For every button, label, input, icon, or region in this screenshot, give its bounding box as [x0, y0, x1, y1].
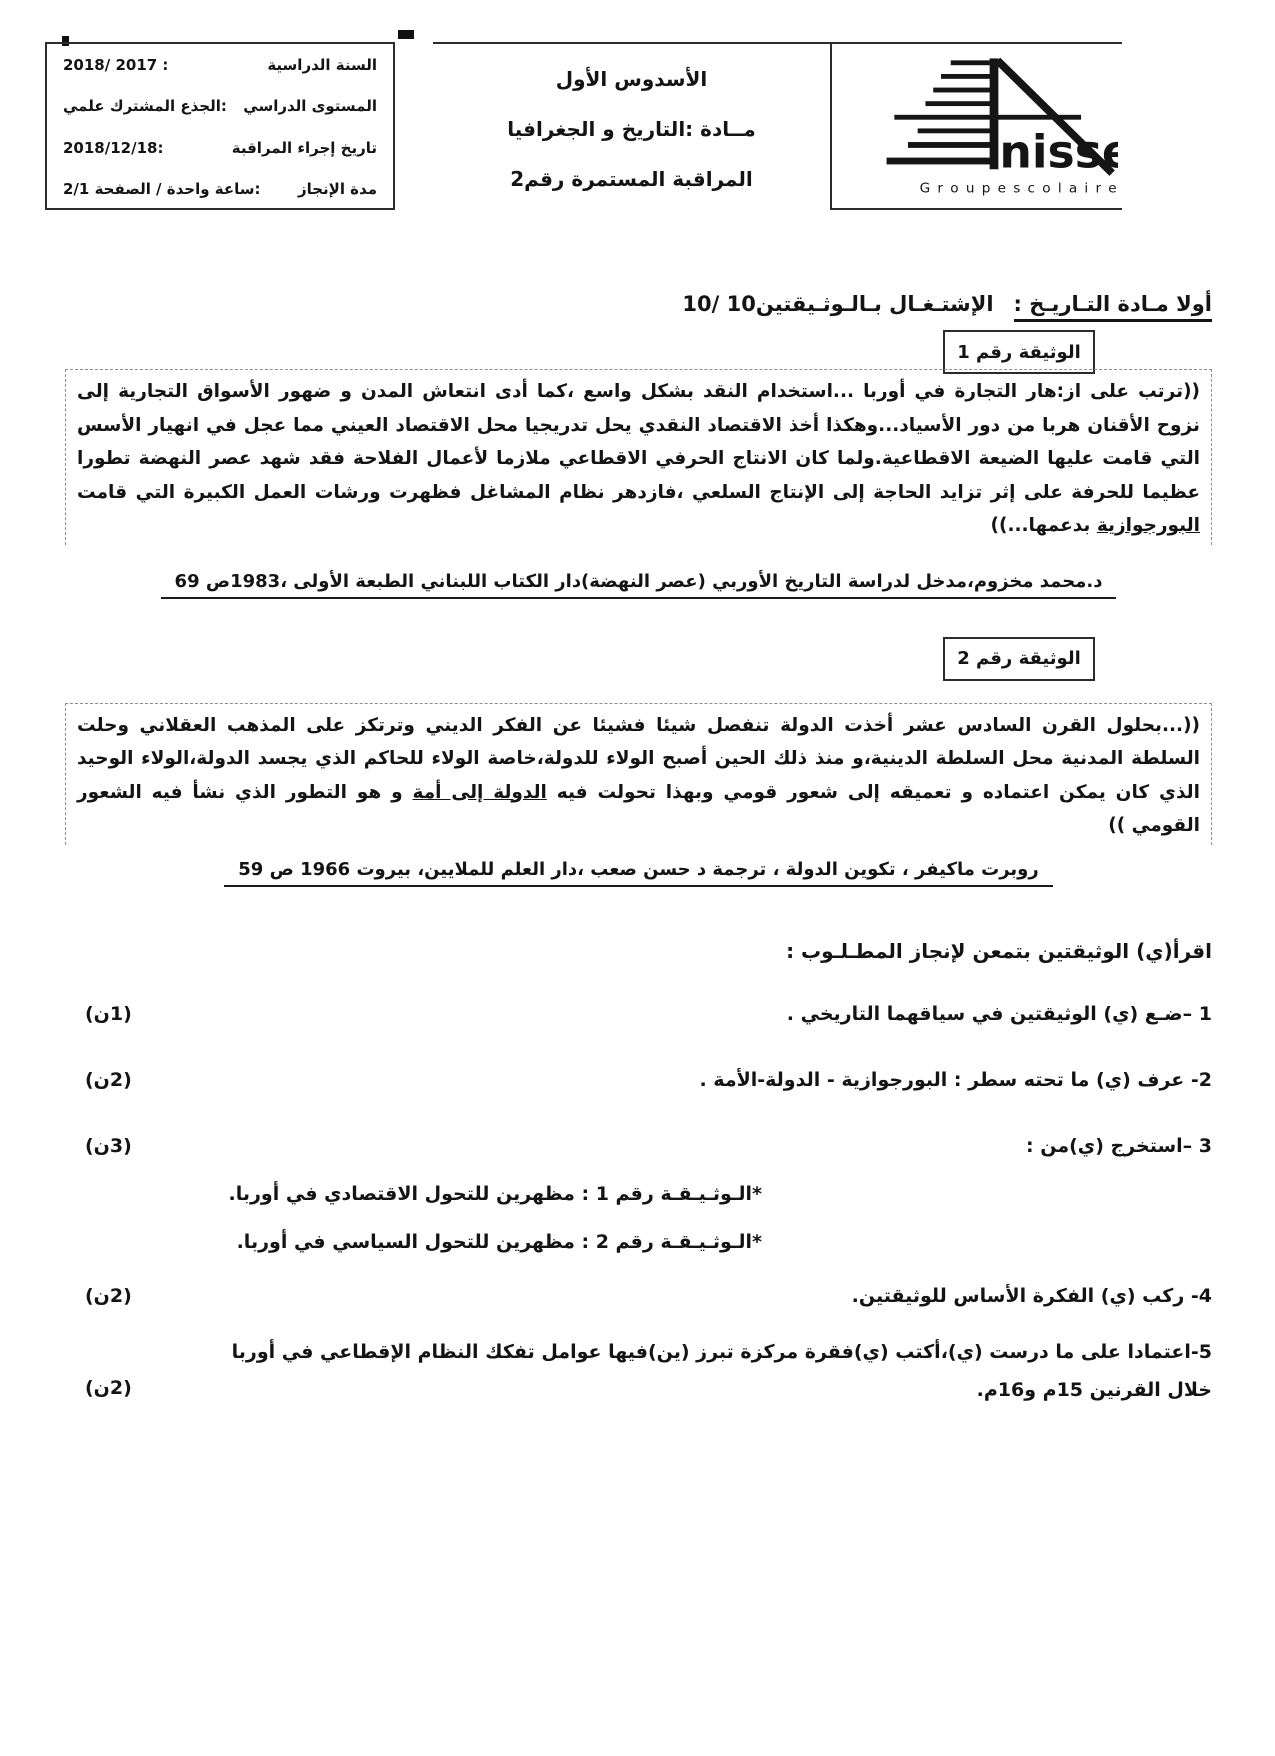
- logo-subtitle-text: G r o u p e s c o l a i r e: [920, 181, 1118, 197]
- question-3-text: 3 –استخرج (ي)من :: [1026, 1131, 1212, 1161]
- document1-underlined-term: البورجوازية: [1097, 515, 1200, 536]
- exam-date-value: :2018/12/18: [63, 139, 163, 157]
- semester-title: الأسدوس الأول: [433, 67, 830, 91]
- question-1-mark: (1ن): [67, 999, 132, 1029]
- document1-source: د.محمد مخزوم،مدخل لدراسة التاريخ الأوربي…: [65, 571, 1212, 599]
- question-3-mark: (3ن): [67, 1131, 132, 1161]
- scan-artifact: [398, 30, 414, 39]
- header: السنة الدراسية : 2017 /2018 المستوى الدر…: [45, 42, 1122, 210]
- document1-source-text: د.محمد مخزوم،مدخل لدراسة التاريخ الأوربي…: [161, 571, 1117, 599]
- document1-text-before: ((ترتب على از:هار التجارة في أوربا ...اس…: [77, 381, 1200, 503]
- level-label: المستوى الدراسي: [243, 97, 377, 115]
- section-title-lead: أولا مـادة التـاريـخ :: [1014, 292, 1212, 322]
- exam-date-row: تاريخ إجراء المراقبة :2018/12/18: [63, 139, 377, 157]
- duration-label: مدة الإنجاز: [298, 180, 377, 198]
- document2-source-text: روبرت ماكيفر ، تكوين الدولة ، ترجمة د حس…: [224, 859, 1052, 887]
- exam-date-label: تاريخ إجراء المراقبة: [232, 139, 377, 157]
- document2-text: ((...بحلول القرن السادس عشر أخذت الدولة …: [65, 703, 1212, 845]
- instruction-line: اقرأ(ي) الوثيقتين بتمعن لإنجاز المطـلـوب…: [65, 939, 1212, 963]
- question-5-mark: (2ن): [85, 1369, 132, 1407]
- school-logo: nisse G r o u p e s c o l a i r e: [830, 44, 1122, 210]
- level-value: :الجذع المشترك علمي: [63, 97, 227, 115]
- question-3-item-1: *الـوثـيـقـة رقم 1 : مظهرين للتحول الاقت…: [65, 1183, 1212, 1205]
- question-1-text: 1 –ضـع (ي) الوثيقتين في سياقهما التاريخي…: [787, 999, 1212, 1029]
- document1-text: ((ترتب على از:هار التجارة في أوربا ...اس…: [65, 369, 1212, 545]
- exam-heading: الأسدوس الأول مــادة :التاريخ و الجغرافي…: [433, 44, 830, 210]
- subject-title: مــادة :التاريخ و الجغرافيا: [433, 117, 830, 141]
- section-title: أولا مـادة التـاريـخ :الإشتـغـال بـالـوث…: [65, 292, 1212, 316]
- question-5-text: 5-اعتمادا على ما درست (ي)،أكتب (ي)فقرة م…: [232, 1341, 1212, 1401]
- question-4: 4- ركب (ي) الفكرة الأساس للوثيقتين. (2ن): [65, 1281, 1212, 1311]
- exam-page: السنة الدراسية : 2017 /2018 المستوى الدر…: [0, 0, 1275, 1756]
- logo-name-text: nisse: [999, 125, 1118, 178]
- document1-label-box: الوثيقة رقم 1: [943, 330, 1095, 374]
- exam-number-title: المراقبة المستمرة رقم2: [433, 167, 830, 191]
- school-year-row: السنة الدراسية : 2017 /2018: [63, 56, 377, 74]
- exam-body: أولا مـادة التـاريـخ :الإشتـغـال بـالـوث…: [0, 0, 1275, 1409]
- question-4-mark: (2ن): [67, 1281, 132, 1311]
- section-title-rest: الإشتـغـال بـالـوثـيقتين10 /10: [682, 292, 993, 316]
- document2-underlined-term: الدولة إلى أمة: [412, 782, 546, 803]
- header-right: الأسدوس الأول مــادة :التاريخ و الجغرافي…: [433, 42, 1122, 210]
- duration-row: مدة الإنجاز :ساعة واحدة / الصفحة 2/1: [63, 180, 377, 198]
- level-row: المستوى الدراسي :الجذع المشترك علمي: [63, 97, 377, 115]
- question-2: 2- عرف (ي) ما تحته سطر : البورجوازية - ا…: [65, 1065, 1212, 1095]
- school-year-label: السنة الدراسية: [267, 56, 377, 74]
- question-2-text: 2- عرف (ي) ما تحته سطر : البورجوازية - ا…: [699, 1065, 1212, 1095]
- duration-value: :ساعة واحدة / الصفحة 2/1: [63, 180, 261, 198]
- school-year-value: : 2017 /2018: [63, 56, 168, 74]
- anisse-logo-icon: nisse G r o u p e s c o l a i r e: [836, 50, 1118, 202]
- question-5: 5-اعتمادا على ما درست (ي)،أكتب (ي)فقرة م…: [65, 1333, 1212, 1409]
- question-3: 3 –استخرج (ي)من : (3ن): [65, 1131, 1212, 1161]
- document1-text-after: بدعمها...)): [991, 515, 1097, 536]
- question-2-mark: (2ن): [67, 1065, 132, 1095]
- exam-info-box: السنة الدراسية : 2017 /2018 المستوى الدر…: [45, 42, 395, 210]
- question-4-text: 4- ركب (ي) الفكرة الأساس للوثيقتين.: [852, 1281, 1212, 1311]
- document2-label-box: الوثيقة رقم 2: [943, 637, 1095, 681]
- question-1: 1 –ضـع (ي) الوثيقتين في سياقهما التاريخي…: [65, 999, 1212, 1029]
- question-3-item-2: *الـوثـيـقـة رقم 2 : مظهرين للتحول السيا…: [65, 1231, 1212, 1253]
- document2-source: روبرت ماكيفر ، تكوين الدولة ، ترجمة د حس…: [65, 859, 1212, 887]
